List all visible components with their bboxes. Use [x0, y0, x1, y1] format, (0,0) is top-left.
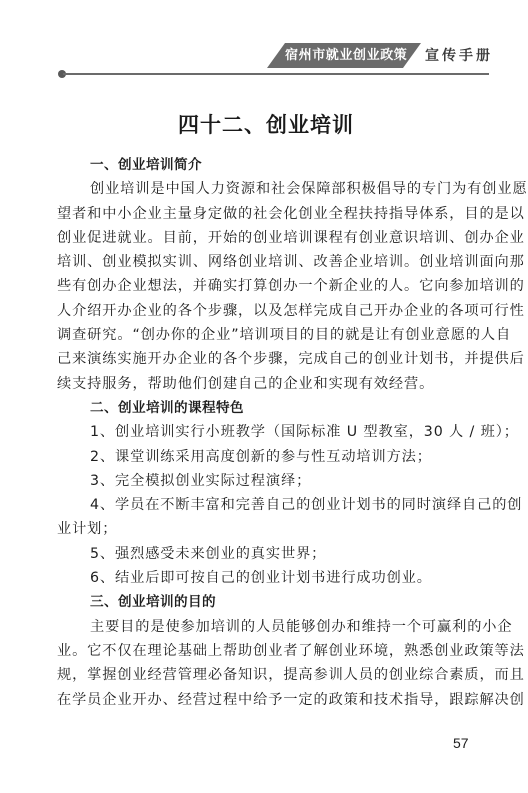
header-tab-label: 宿州市就业创业政策 — [285, 44, 403, 68]
page-title: 四十二、创业培训 — [0, 110, 528, 140]
header-divider — [63, 73, 489, 75]
page-content: 一、创业培训简介 创业培训是中国人力资源和社会保障部积极倡导的专门为有创业愿 望… — [57, 153, 474, 712]
paragraph-line: 创业培训是中国人力资源和社会保障部积极倡导的专门为有创业愿 — [57, 177, 474, 201]
paragraph-line: 调查研究。“创办你的企业”培训项目的目的就是让有创业意愿的人自 — [57, 323, 474, 347]
paragraph-line: 些有创办企业想法，并确实打算创办一个新企业的人。它向参加培训的 — [57, 274, 474, 298]
section-heading-intro: 一、创业培训简介 — [57, 153, 474, 177]
paragraph-line: 人介绍开办企业的各个步骤，以及怎样完成自己开办企业的各项可行性 — [57, 299, 474, 323]
list-item: 3、完全模拟创业实际过程演绎； — [57, 469, 474, 493]
paragraph-line: 规，掌握创业经营管理必备知识，提高参训人员的创业综合素质，而且 — [57, 663, 474, 687]
paragraph-line: 望者和中小企业主量身定做的社会化创业全程扶持指导体系，目的是以 — [57, 202, 474, 226]
paragraph-line: 续支持服务，帮助他们创建自己的企业和实现有效经营。 — [57, 372, 474, 396]
section-heading-purpose: 三、创业培训的目的 — [57, 590, 474, 614]
paragraph-line: 主要目的是使参加培训的人员能够创办和维持一个可赢利的小企 — [57, 615, 474, 639]
list-item: 5、强烈感受未来创业的真实世界； — [57, 542, 474, 566]
list-item: 6、结业后即可按自己的创业计划书进行成功创业。 — [57, 566, 474, 590]
list-item-continuation: 业计划； — [57, 517, 474, 541]
list-item: 2、课堂训练采用高度创新的参与性互动培训方法； — [57, 445, 474, 469]
paragraph-line: 业。它不仅在理论基础上帮助创业者了解创业环境，熟悉创业政策等法 — [57, 639, 474, 663]
paragraph-line: 己来演练实施开办企业的各个步骤，完成自己的创业计划书，并提供后 — [57, 347, 474, 371]
list-item: 1、创业培训实行小班教学（国际标准 U 型教室，30 人 / 班）； — [57, 420, 474, 444]
list-item: 4、学员在不断丰富和完善自己的创业计划书的同时演绎自己的创 — [57, 493, 474, 517]
page-number: 57 — [453, 735, 469, 751]
header-right-label: 宣传手册 — [425, 44, 493, 68]
paragraph-line: 培训、创业模拟实训、网络创业培训、改善企业培训。创业培训面向那 — [57, 250, 474, 274]
paragraph-line: 创业促进就业。目前，开始的创业培训课程有创业意识培训、创办企业 — [57, 226, 474, 250]
paragraph-line: 在学员企业开办、经营过程中给予一定的政策和技术指导，跟踪解决创 — [57, 688, 474, 712]
section-heading-features: 二、创业培训的课程特色 — [57, 396, 474, 420]
